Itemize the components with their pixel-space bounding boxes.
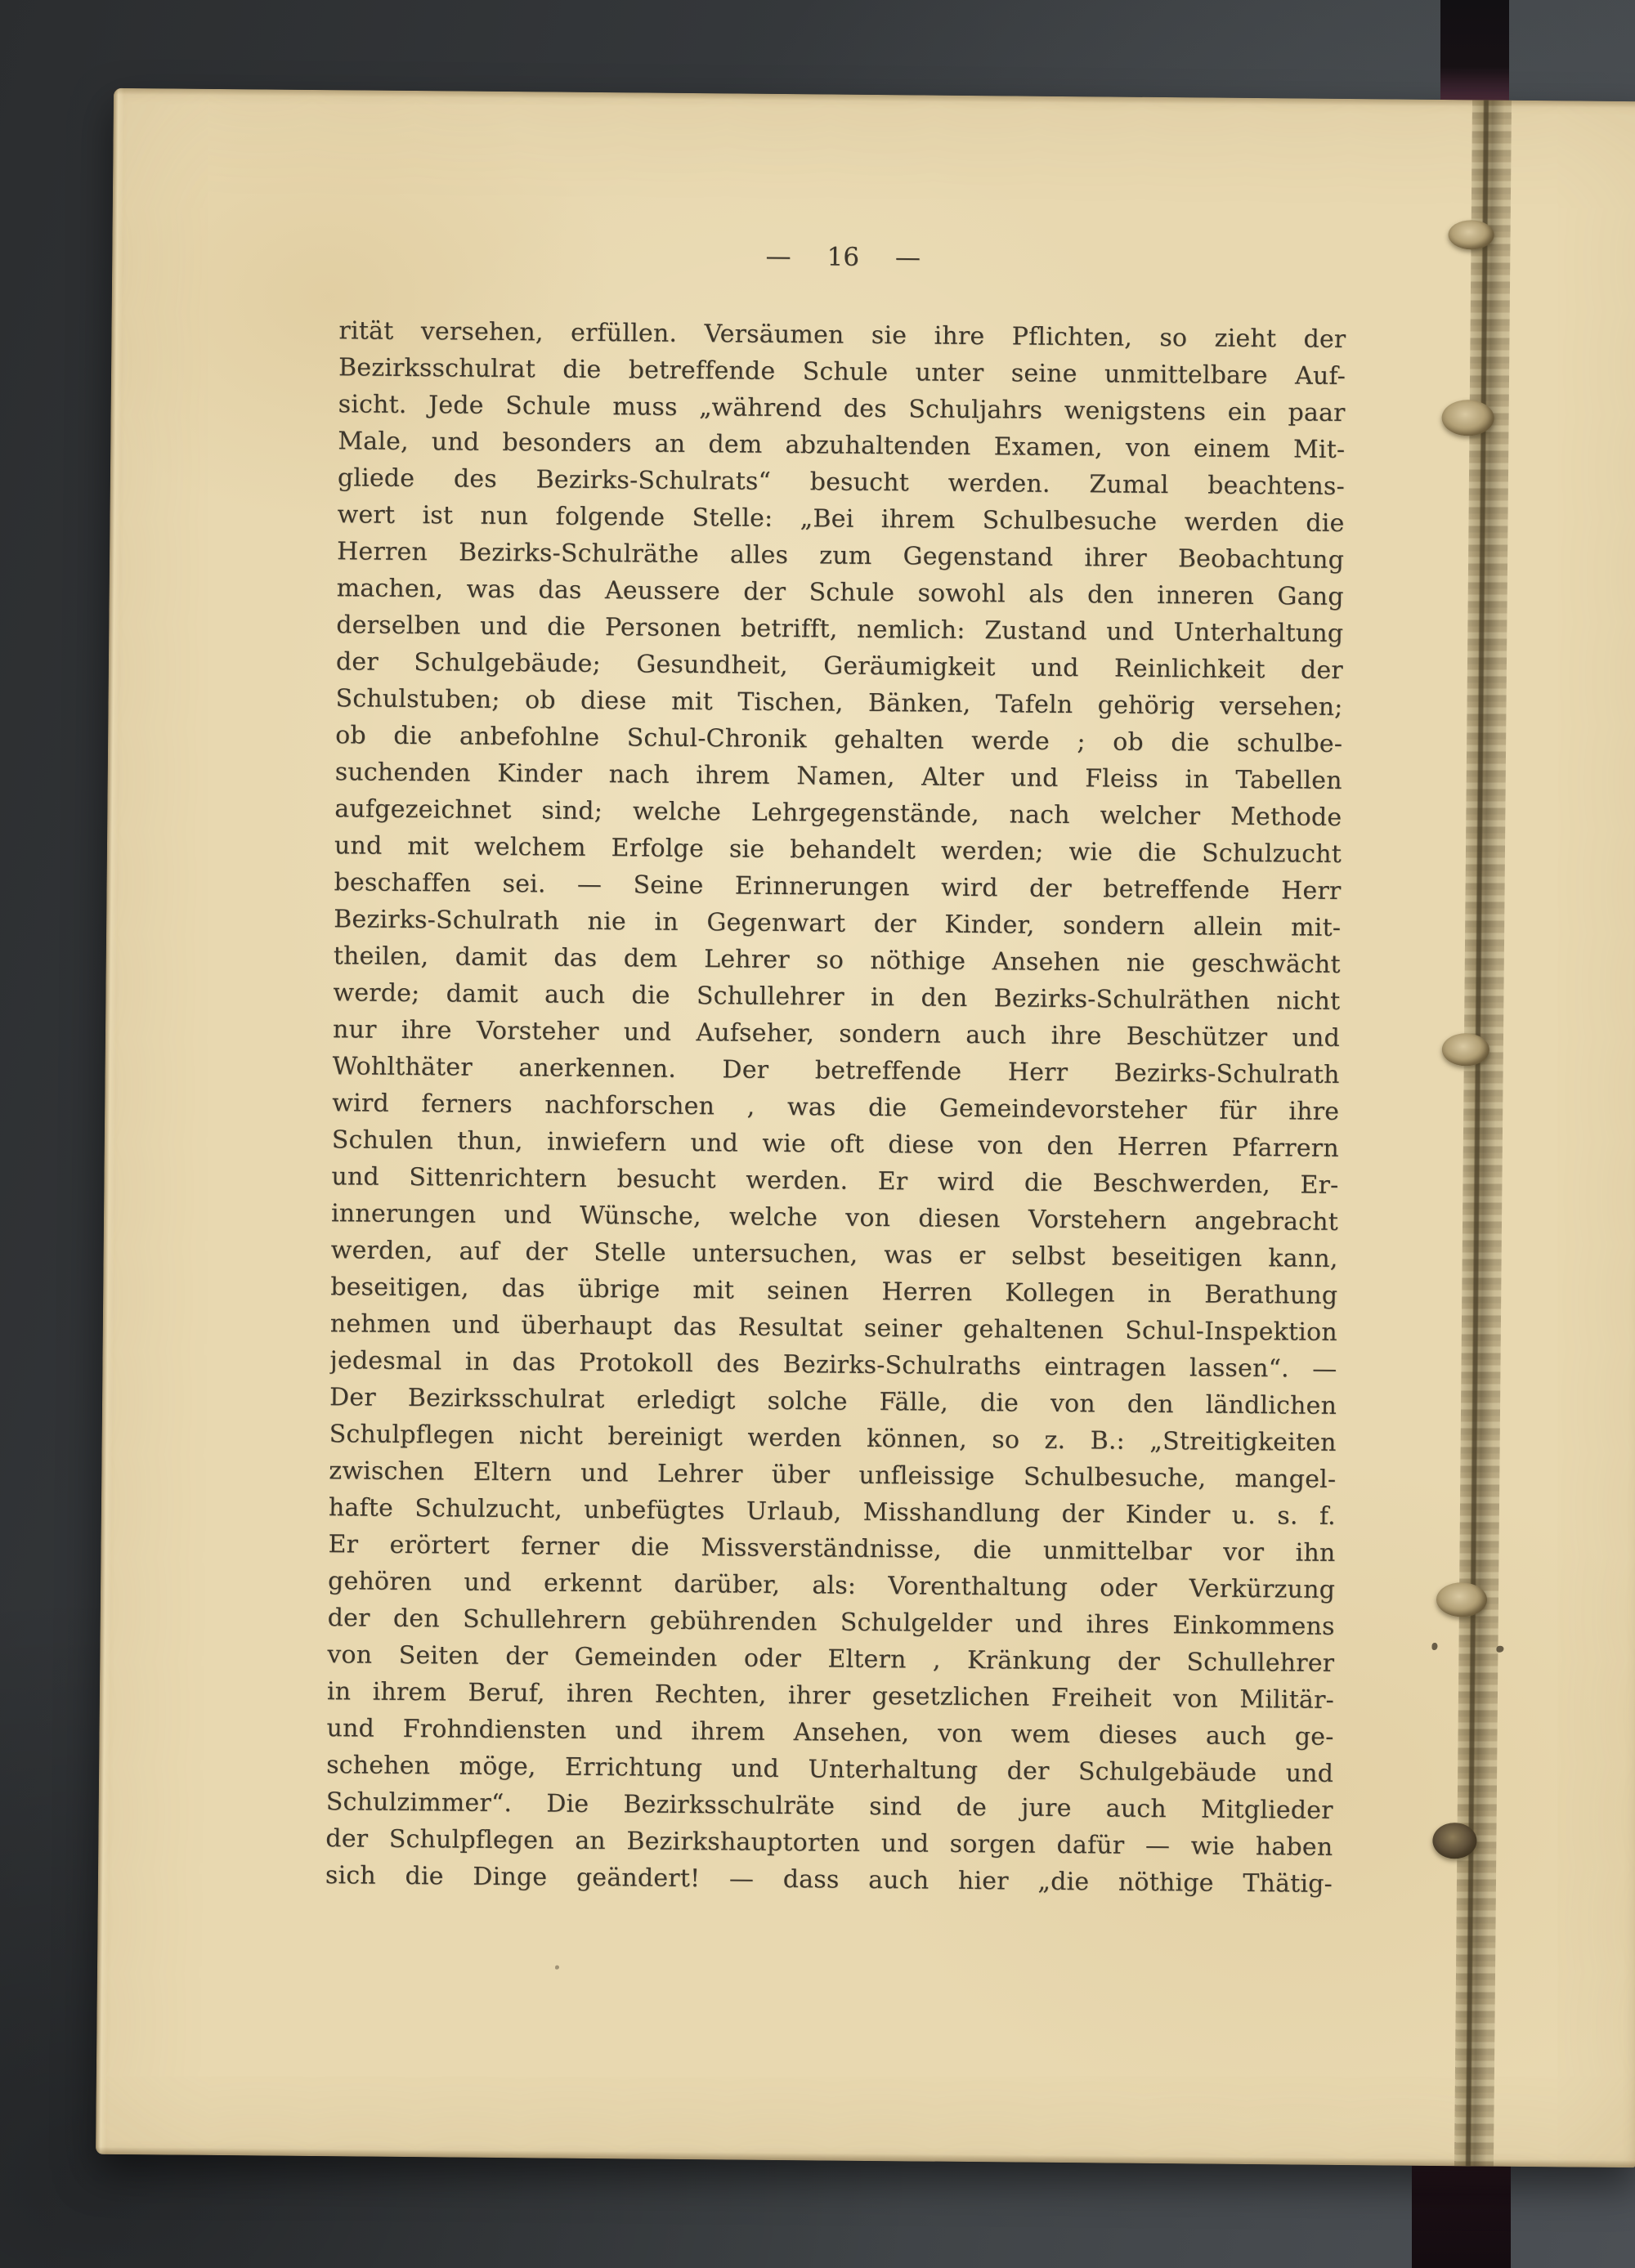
page-header: — 16 — [339, 234, 1346, 280]
stitch-knot [1432, 1823, 1476, 1859]
stitch-knot [1448, 220, 1494, 249]
stitch-knot [1442, 1033, 1489, 1067]
text-line: sich die Dinge geändert! — dass auch hie… [325, 1857, 1333, 1903]
page-bottom-edge-shadow [96, 2147, 1635, 2167]
paper-speck [555, 1966, 559, 1970]
paper-speck [1496, 1646, 1503, 1653]
paper-speck [1431, 1643, 1437, 1650]
photo-background: — 16 — rität versehen, erfüllen. Versäum… [0, 0, 1635, 2268]
book-page-scan: — 16 — rität versehen, erfüllen. Versäum… [96, 88, 1635, 2167]
page-top-edge-shadow [114, 88, 1635, 108]
stitch-knot [1436, 1582, 1487, 1617]
page-number-dash-right: — [895, 243, 921, 272]
page-number-dash-left: — [765, 241, 791, 271]
book-cover-spine-bottom [1412, 2166, 1511, 2268]
body-text: rität versehen, erfüllen. Versäumen sie … [325, 312, 1346, 1903]
page-number: 16 [826, 242, 859, 271]
page-stack-edge [96, 88, 124, 2154]
stitch-knot [1441, 400, 1494, 436]
book-cover-spine-top [1440, 0, 1509, 108]
